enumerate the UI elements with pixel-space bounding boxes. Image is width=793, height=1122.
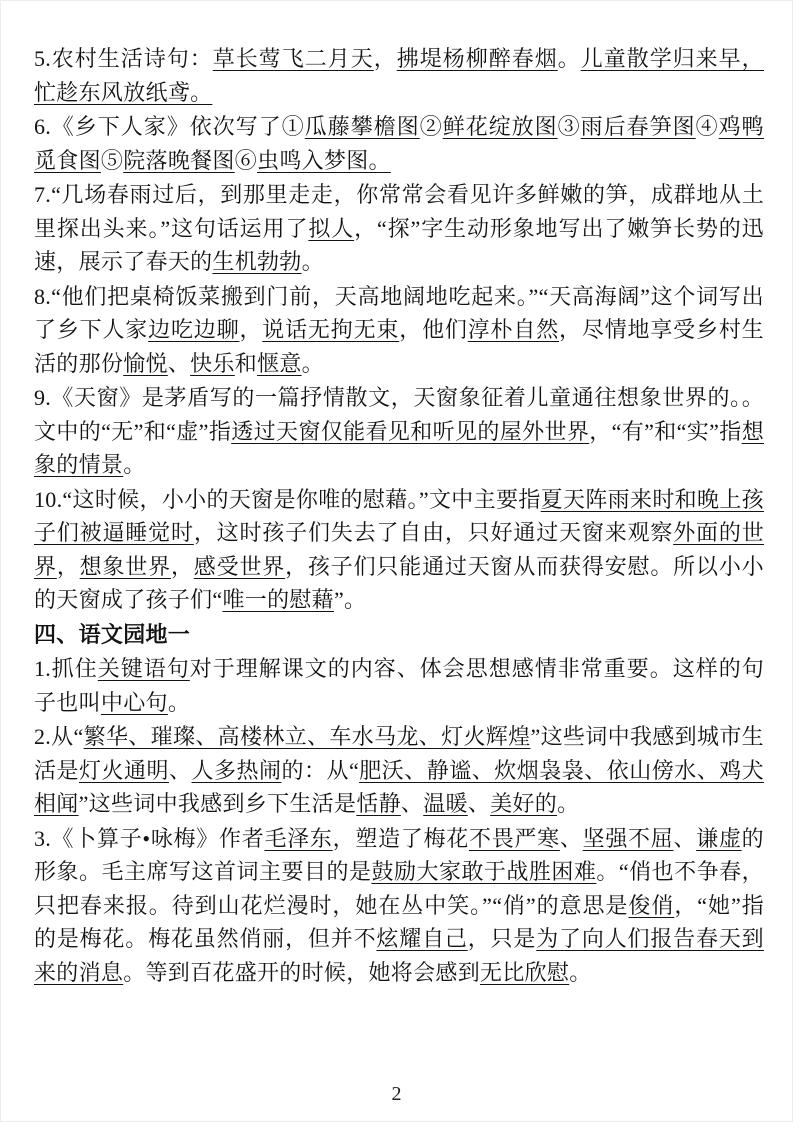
underlined-answer: 感受世界 <box>194 554 285 579</box>
text-run: 、 <box>169 758 192 783</box>
underlined-answer: 炫耀自己 <box>376 926 467 951</box>
text-run: ”这些词中我感到乡下生活是 <box>79 791 357 816</box>
item-5: 5.农村生活诗句：草长莺飞二月天，拂堤杨柳醉春烟。儿童散学归来早，忙趁东风放纸鸢… <box>34 42 764 109</box>
underlined-answer: 不畏严寒 <box>469 826 560 851</box>
underlined-answer: 瓜藤攀檐图 <box>305 114 420 139</box>
item-6: 6.《乡下人家》依次写了①瓜藤攀檐图②鲜花绽放图③雨后春笋图④鸡鸭觅食图⑤院落晚… <box>34 110 764 177</box>
underlined-answer: 说话无拘无束 <box>262 317 399 342</box>
text-run: ， <box>171 554 194 579</box>
document-body: 5.农村生活诗句：草长莺飞二月天，拂堤杨柳醉春烟。儿童散学归来早，忙趁东风放纸鸢… <box>34 42 764 990</box>
page-number: 2 <box>0 1083 793 1106</box>
underlined-answer: 关键语句 <box>98 656 190 681</box>
underlined-answer: 鲜花绽放图 <box>443 114 558 139</box>
text-run: 四、语文园地一 <box>34 622 190 647</box>
item-7: 7.“几场春雨过后，到那里走走，你常常会看见许多鲜嫩的笋，成群地从土里探出头来。… <box>34 178 764 279</box>
underlined-answer: 温暖 <box>423 791 468 816</box>
text-run: 。等到百花盛开的时候，她将会感到 <box>123 960 480 985</box>
text-run: ， <box>374 46 397 71</box>
text-run: ，塑造了梅花 <box>333 826 469 851</box>
underlined-answer: 唯一的慰藉 <box>222 587 334 612</box>
text-run: 。 <box>569 960 591 985</box>
text-run: 3.《卜算子•咏梅》作者 <box>34 826 264 851</box>
text-run: ，只是 <box>468 926 536 951</box>
text-run: 、 <box>468 791 490 816</box>
underlined-answer: 愉悦 <box>123 351 168 376</box>
text-run: 5.农村生活诗句： <box>34 46 213 71</box>
text-run: 。 <box>302 351 324 376</box>
text-run: ，这时孩子们失去了自由，只好通过天窗来观察 <box>194 520 673 545</box>
underlined-answer: 虫鸣入梦图。 <box>257 148 391 173</box>
underlined-answer: 边吃边聊 <box>148 317 239 342</box>
underlined-answer: 无比欣慰 <box>480 960 569 985</box>
text-run: ⑥ <box>235 148 257 173</box>
text-run: 和 <box>235 351 257 376</box>
text-run: 、 <box>401 791 423 816</box>
text-run: 、 <box>560 826 583 851</box>
text-run: 。 <box>557 791 579 816</box>
underlined-answer: 坚强不屈 <box>583 826 674 851</box>
text-run: ”。 <box>334 587 366 612</box>
underlined-answer: 院落晚餐图 <box>123 148 235 173</box>
text-run: ，“有”和“实”指 <box>589 419 741 444</box>
underlined-answer: 草长莺飞二月天 <box>213 46 374 71</box>
underlined-answer: 快乐 <box>190 351 235 376</box>
underlined-answer: 拂堤杨柳醉春烟 <box>397 46 558 71</box>
underlined-answer: 中心句 <box>101 690 168 715</box>
text-run: ， <box>57 554 80 579</box>
underlined-answer: 繁华、璀璨、高楼林立、车水马龙、灯火辉煌 <box>84 724 531 749</box>
text-run: 10.“这时候，小小的天窗是你唯的慰藉。”文中主要指 <box>34 487 541 512</box>
text-run: 1.抓住 <box>34 656 98 681</box>
underlined-answer: 恬静 <box>356 791 401 816</box>
text-run: ⑤ <box>101 148 123 173</box>
section-heading-4: 四、语文园地一 <box>34 618 764 652</box>
underlined-answer: 鼓励大家敢于战胜困难 <box>371 859 596 884</box>
text-run: ③ <box>558 114 581 139</box>
text-run: 。 <box>302 249 324 274</box>
text-run: 。 <box>168 690 190 715</box>
garden-item-1: 1.抓住关键语句对于理解课文的内容、体会思想感情非常重要。这样的句子也叫中心句。 <box>34 652 764 719</box>
text-run: 、 <box>168 351 190 376</box>
text-run: 。 <box>123 452 145 477</box>
document-page: 5.农村生活诗句：草长莺飞二月天，拂堤杨柳醉春烟。儿童散学归来早，忙趁东风放纸鸢… <box>0 0 793 1122</box>
underlined-answer: 淳朴自然 <box>468 317 559 342</box>
underlined-answer: 灯火通明 <box>79 758 169 783</box>
text-run: 6.《乡下人家》依次写了① <box>34 114 305 139</box>
underlined-answer: 生机勃勃 <box>212 249 301 274</box>
garden-item-2: 2.从“繁华、璀璨、高楼林立、车水马龙、灯火辉煌”这些词中我感到城市生活是灯火通… <box>34 720 764 821</box>
item-10: 10.“这时候，小小的天窗是你唯的慰藉。”文中主要指夏天阵雨来时和晚上孩子们被逼… <box>34 483 764 617</box>
underlined-answer: 毛泽东 <box>264 826 332 851</box>
text-run: 2.从“ <box>34 724 84 749</box>
underlined-answer: 美好的 <box>490 791 557 816</box>
text-run: ，他们 <box>399 317 467 342</box>
text-run: 。 <box>558 46 581 71</box>
underlined-answer: 雨后春笋图 <box>581 114 696 139</box>
underlined-answer: 透过天窗仅能看见和听见的屋外世界 <box>231 419 589 444</box>
item-8: 8.“他们把桌椅饭菜搬到门前，天高地阔地吃起来。”“天高海阔”这个词写出了乡下人… <box>34 280 764 381</box>
underlined-answer: 拟人 <box>308 216 354 241</box>
garden-item-3: 3.《卜算子•咏梅》作者毛泽东，塑造了梅花不畏严寒、坚强不屈、谦虚的形象。毛主席… <box>34 822 764 990</box>
text-run: 的：从“ <box>282 758 360 783</box>
item-9: 9.《天窗》是茅盾写的一篇抒情散文，天窗象征着儿童通往想象世界的。。文中的“无”… <box>34 381 764 482</box>
underlined-answer: 想象世界 <box>80 554 171 579</box>
text-run: 、 <box>673 826 696 851</box>
underlined-answer: 人多热闹 <box>192 758 282 783</box>
text-run: ④ <box>696 114 719 139</box>
underlined-answer: 惬意 <box>257 351 302 376</box>
text-run: ， <box>239 317 262 342</box>
underlined-answer: 谦虚 <box>696 826 741 851</box>
text-run: ② <box>420 114 443 139</box>
underlined-answer: 俊俏 <box>628 893 674 918</box>
